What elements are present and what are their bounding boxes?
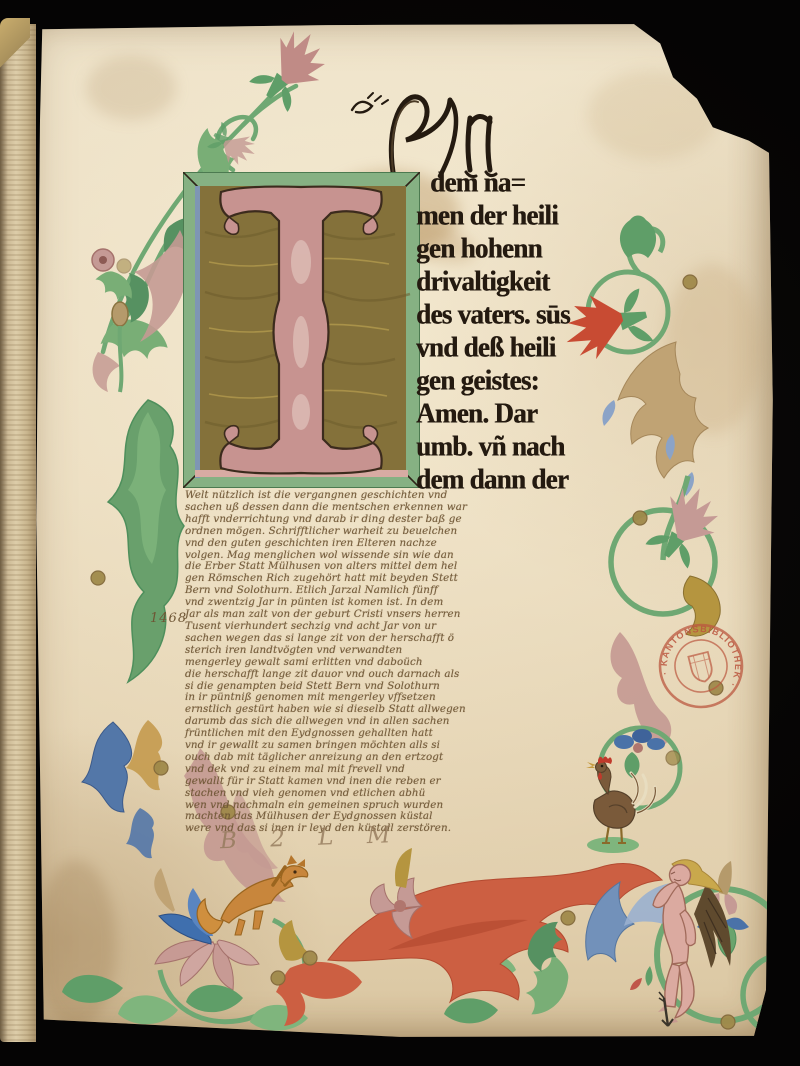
text-line: ordnen mögen. Schrifftlicher warheit zu … <box>185 526 597 538</box>
text-line: vnd dek vnd zu einem mal mit frevell vnd <box>185 764 597 776</box>
text-line: mengerley gewalt sami erlitten vnd daboü… <box>185 657 597 669</box>
text-line: drivaltigkeit <box>416 264 602 298</box>
incipit-text: dem na=men der heiligen hohenndrivaltigk… <box>416 166 602 496</box>
text-line: dem na= <box>416 165 602 199</box>
text-line: men der heili <box>416 198 602 232</box>
text-line: Amen. Dar <box>416 396 602 430</box>
photograph-background: dem na=men der heiligen hohenndrivaltigk… <box>0 0 800 1066</box>
binding-corner <box>0 18 30 70</box>
book-fore-edge <box>0 24 36 1042</box>
text-line: des vaters. sūs <box>416 297 602 331</box>
chronicle-text-block: Welt nützlich ist die vergangnen geschic… <box>185 490 597 835</box>
text-line: gewallt für ir Statt kamen vnd inen die … <box>185 776 597 788</box>
text-line: umb. vñ nach <box>416 429 602 463</box>
text-line: gen hohenn <box>416 231 602 265</box>
text-line: sterich iren landtvögten vnd verwandten <box>185 645 597 657</box>
text-line: die herschafft lange zit dauor vnd ouch … <box>185 669 597 681</box>
text-line: sachen wegen das si lange zit von der he… <box>185 633 597 645</box>
text-line: hafft vnderrichtung vnd darab ir ding de… <box>185 514 597 526</box>
manuscript-page: dem na=men der heiligen hohenndrivaltigk… <box>28 20 778 1042</box>
text-line: vnd deß heili <box>416 330 602 364</box>
text-line: gen geistes: <box>416 363 602 397</box>
text-line: stachen vnd vieh genomen vnd etlichen ab… <box>185 788 597 800</box>
text-line: vnd den guten geschichten iren Elteren n… <box>185 538 597 550</box>
margin-year-note: 1468 <box>150 611 187 626</box>
illuminated-initial-I <box>183 172 420 488</box>
